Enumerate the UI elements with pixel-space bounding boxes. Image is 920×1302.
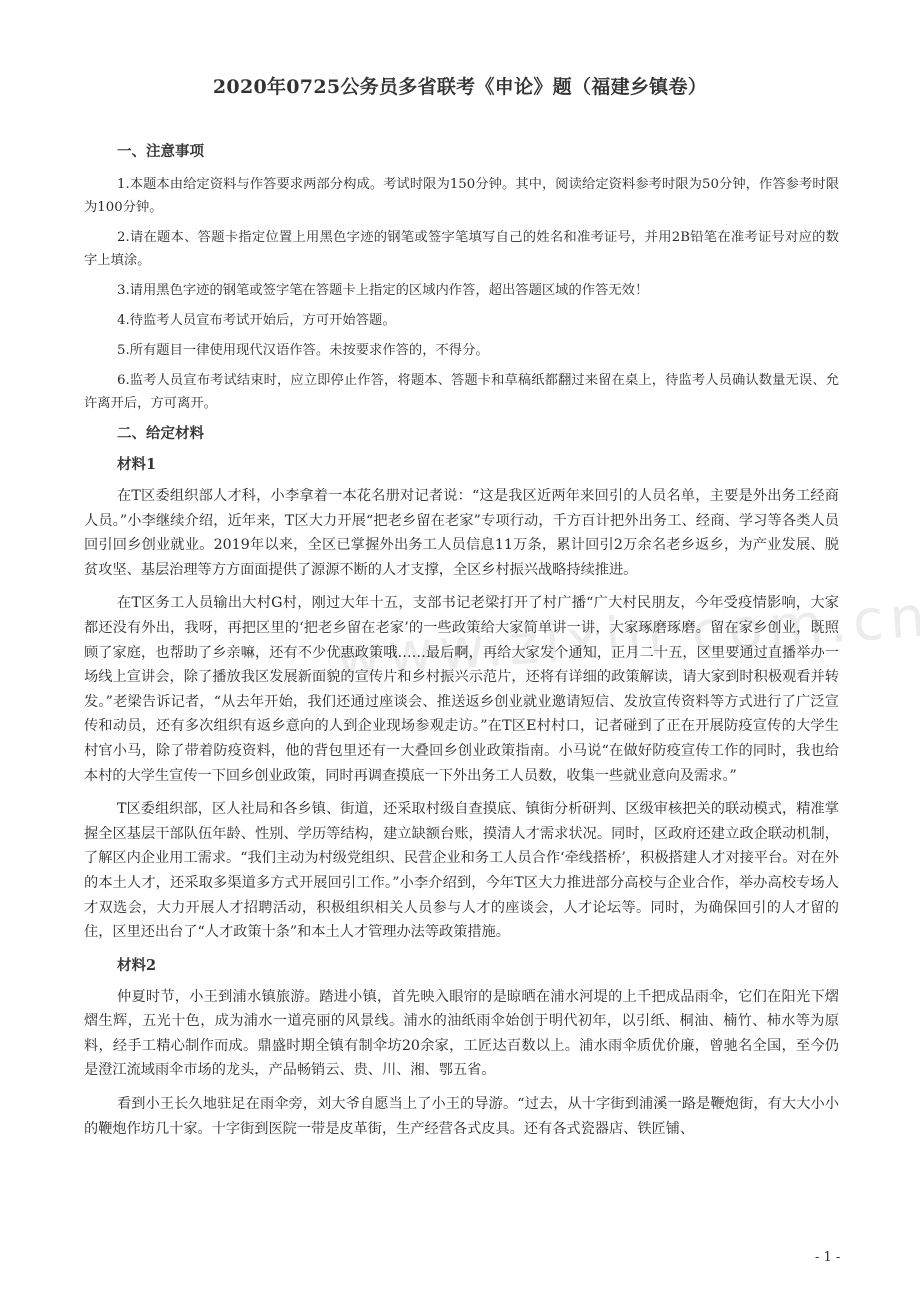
notice-item: 1.本题本由给定资料与作答要求两部分构成。考试时限为150分钟。其中，阅读给定资… (84, 173, 839, 219)
section-heading-notice: 一、注意事项 (84, 140, 839, 164)
notice-item: 2.请在题本、答题卡指定位置上用黑色字迹的钢笔或签字笔填写自己的姓名和准考证号，… (84, 226, 839, 272)
material-2-label: 材料2 (84, 954, 839, 978)
notice-list: 1.本题本由给定资料与作答要求两部分构成。考试时限为150分钟。其中，阅读给定资… (84, 173, 839, 415)
section-heading-materials: 二、给定材料 (84, 422, 839, 446)
notice-item: 4.待监考人员宣布考试开始后，方可开始答题。 (84, 309, 839, 332)
material-1-paragraph: T区委组织部，区人社局和各乡镇、街道，还采取村级自查摸底、镇街分析研判、区级审核… (84, 797, 839, 945)
page-number: - 1 - (815, 1250, 840, 1265)
material-1-label: 材料1 (84, 453, 839, 477)
material-1-paragraph: 在T区委组织部人才科，小李拿着一本花名册对记者说：“这是我区近两年来回引的人员名… (84, 484, 839, 582)
document-page: www.zixin.com.cn 2020年0725公务员多省联考《申论》题（福… (0, 0, 920, 1302)
document-title: 2020年0725公务员多省联考《申论》题（福建乡镇卷） (0, 72, 920, 99)
document-body: 一、注意事项 1.本题本由给定资料与作答要求两部分构成。考试时限为150分钟。其… (84, 140, 839, 1141)
notice-item: 6.监考人员宣布考试结束时，应立即停止作答，将题本、答题卡和草稿纸都翻过来留在桌… (84, 369, 839, 415)
notice-item: 5.所有题目一律使用现代汉语作答。未按要求作答的，不得分。 (84, 339, 839, 362)
notice-item: 3.请用黑色字迹的钢笔或签字笔在答题卡上指定的区域内作答，超出答题区域的作答无效… (84, 279, 839, 302)
material-2-paragraph: 仲夏时节，小王到浦水镇旅游。踏进小镇，首先映入眼帘的是晾晒在浦水河堤的上千把成品… (84, 985, 839, 1083)
material-2-paragraph: 看到小王长久地驻足在雨伞旁，刘大爷自愿当上了小王的导游。“过去，从十字街到浦溪一… (84, 1092, 839, 1141)
material-1-paragraph: 在T区务工人员输出大村G村，刚过大年十五，支部书记老梁打开了村广播“广大村民朋友… (84, 591, 839, 788)
